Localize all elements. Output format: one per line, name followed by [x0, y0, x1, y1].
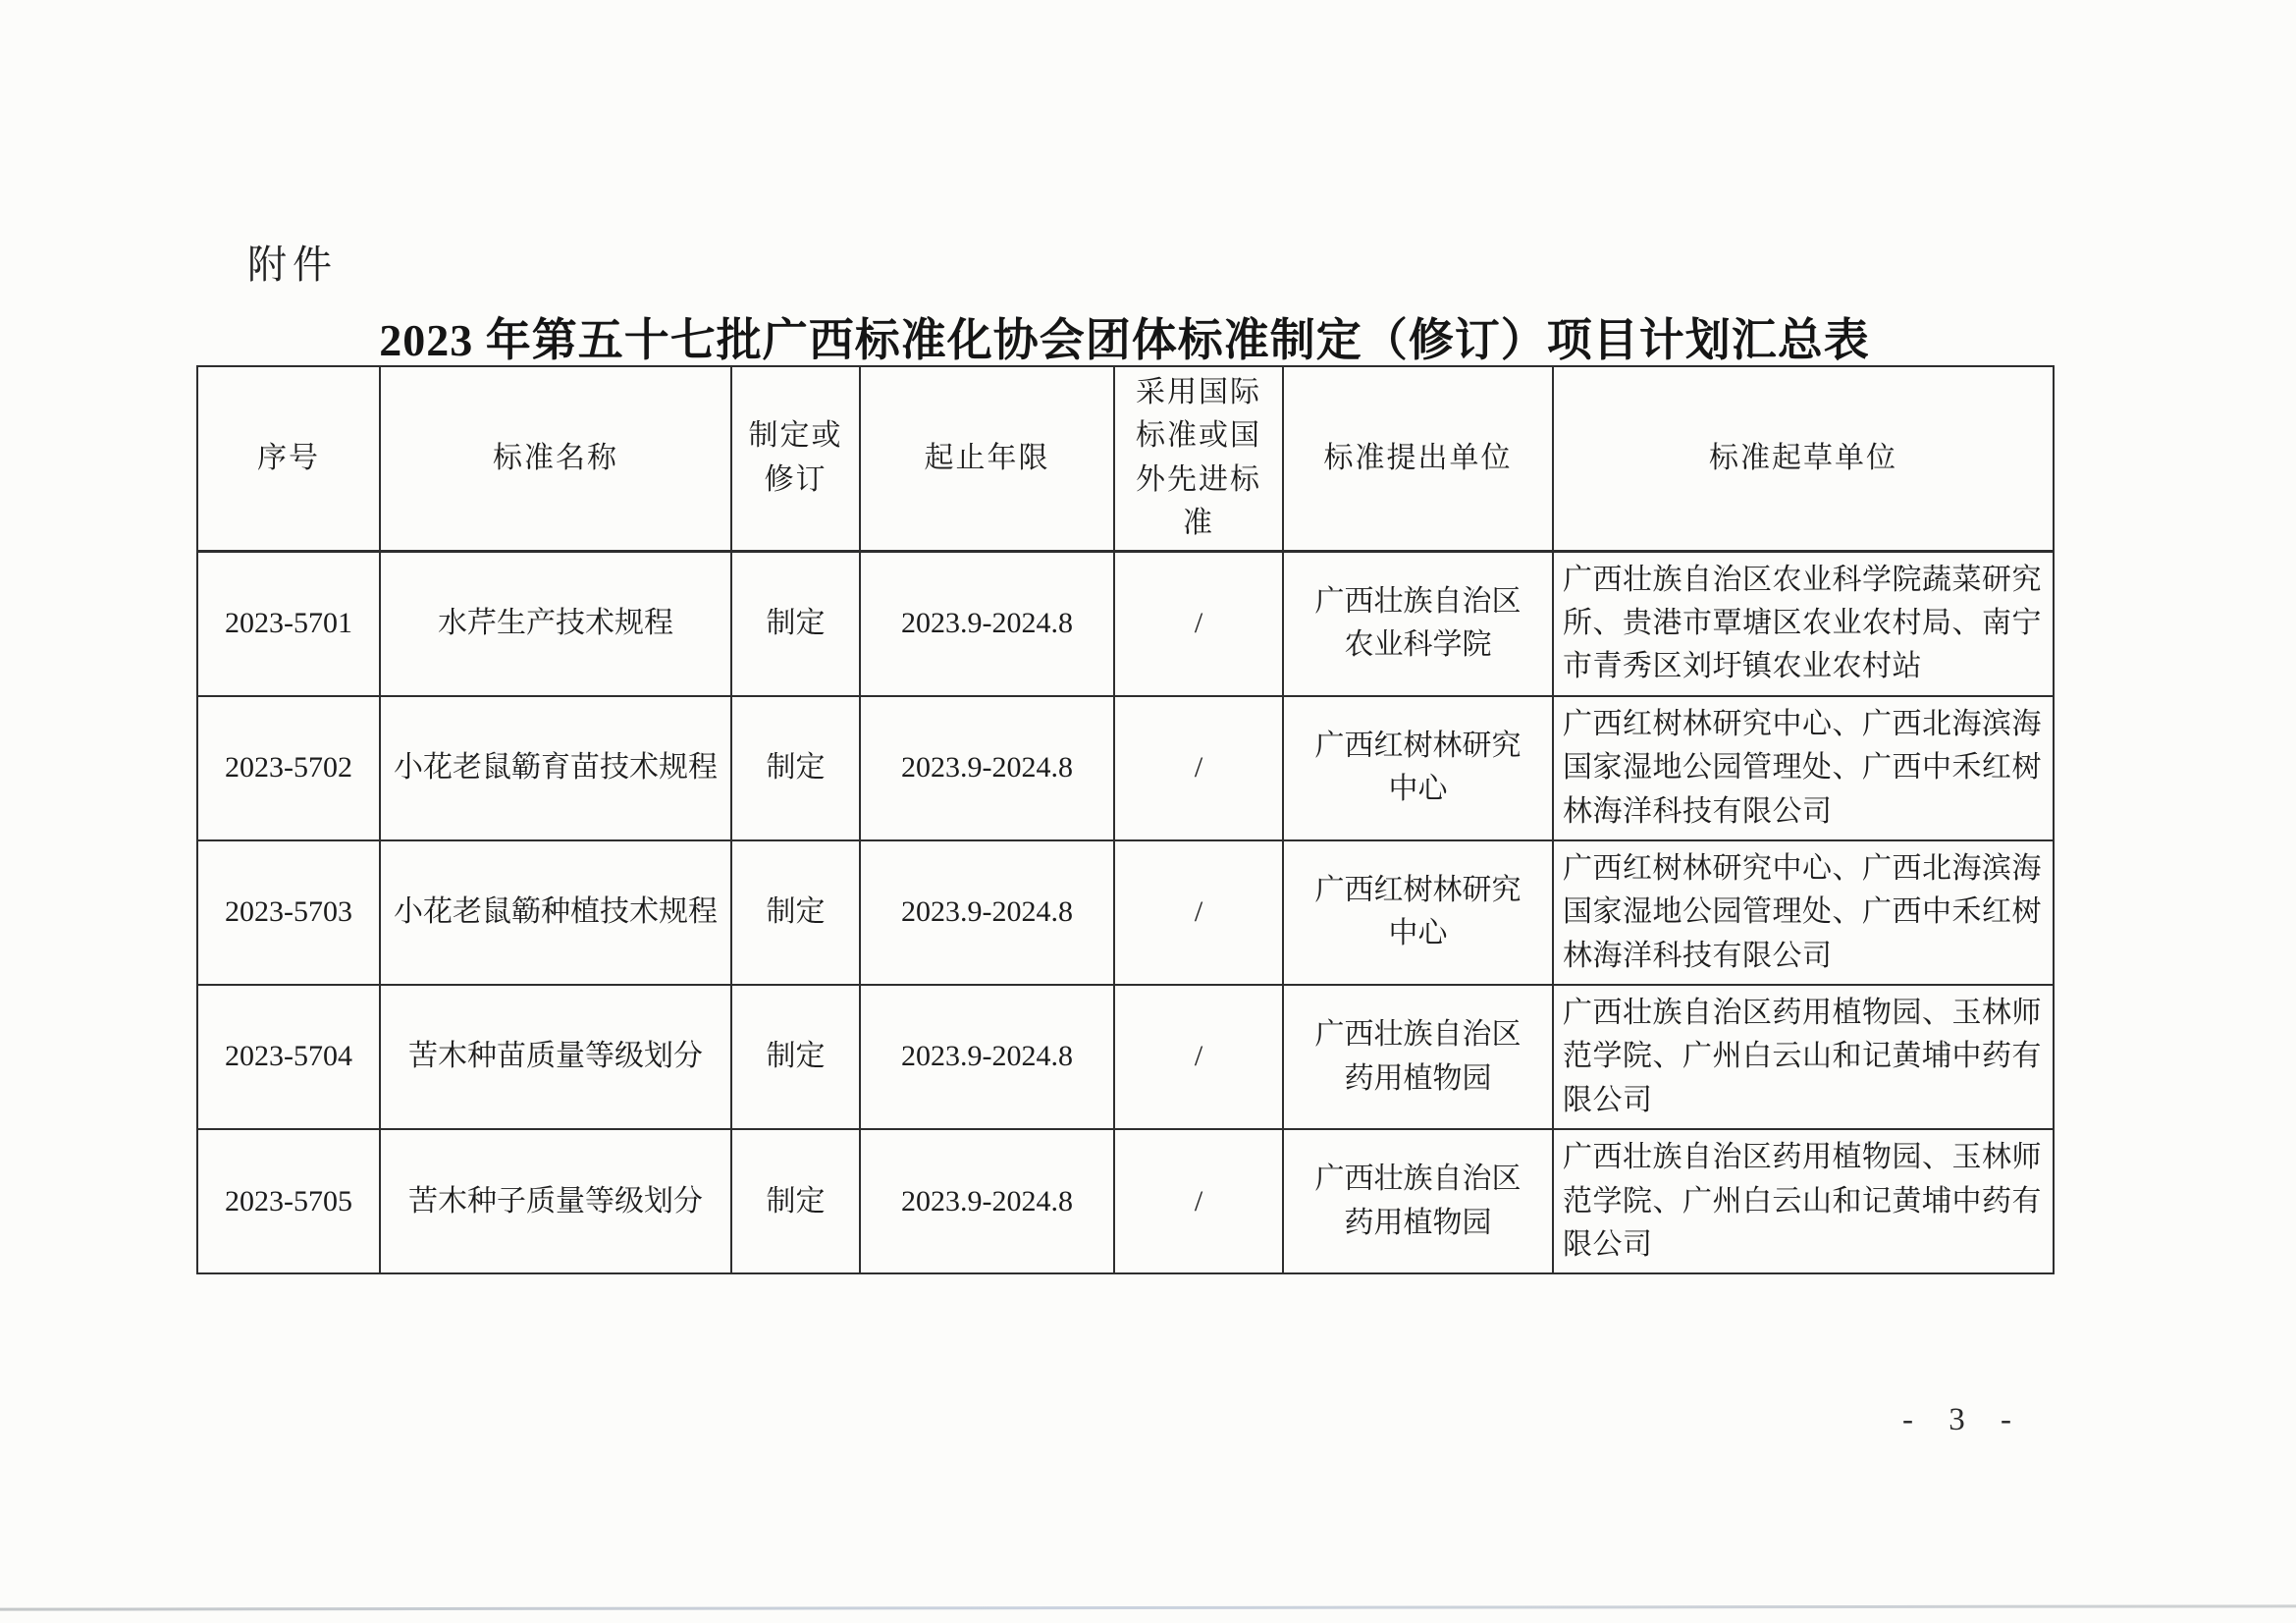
cell-standard-name: 苦木种子质量等级划分: [380, 1129, 731, 1273]
cell-proposer: 广西壮族自治区药用植物园: [1283, 985, 1553, 1129]
cell-seq: 2023-5702: [197, 696, 380, 840]
cell-intl-standard: /: [1114, 840, 1283, 985]
cell-type: 制定: [731, 1129, 860, 1273]
cell-seq: 2023-5705: [197, 1129, 380, 1273]
cell-drafters: 广西红树林研究中心、广西北海滨海国家湿地公园管理处、广西中禾红树林海洋科技有限公…: [1553, 696, 2054, 840]
cell-type: 制定: [731, 840, 860, 985]
page-number: - 3 -: [1902, 1402, 2025, 1438]
cell-standard-name: 苦木种苗质量等级划分: [380, 985, 731, 1129]
cell-intl-standard: /: [1114, 551, 1283, 696]
header-standard-name: 标准名称: [380, 366, 731, 551]
table-body: 2023-5701水芹生产技术规程制定2023.9-2024.8/广西壮族自治区…: [197, 551, 2054, 1273]
table-row: 2023-5701水芹生产技术规程制定2023.9-2024.8/广西壮族自治区…: [197, 551, 2054, 696]
header-intl-standard: 采用国际标准或国外先进标准: [1114, 366, 1283, 551]
cell-seq: 2023-5703: [197, 840, 380, 985]
header-type: 制定或修订: [731, 366, 860, 551]
table-row: 2023-5702小花老鼠簕育苗技术规程制定2023.9-2024.8/广西红树…: [197, 696, 2054, 840]
cell-intl-standard: /: [1114, 1129, 1283, 1273]
table-row: 2023-5703小花老鼠簕种植技术规程制定2023.9-2024.8/广西红树…: [197, 840, 2054, 985]
cell-standard-name: 水芹生产技术规程: [380, 551, 731, 696]
table-row: 2023-5704苦木种苗质量等级划分制定2023.9-2024.8/广西壮族自…: [197, 985, 2054, 1129]
header-drafters: 标准起草单位: [1553, 366, 2054, 551]
cell-drafters: 广西壮族自治区药用植物园、玉林师范学院、广州白云山和记黄埔中药有限公司: [1553, 1129, 2054, 1273]
cell-drafters: 广西壮族自治区农业科学院蔬菜研究所、贵港市覃塘区农业农村局、南宁市青秀区刘圩镇农…: [1553, 551, 2054, 696]
cell-period: 2023.9-2024.8: [860, 985, 1114, 1129]
scan-edge-line: [0, 1604, 2296, 1610]
cell-type: 制定: [731, 696, 860, 840]
cell-period: 2023.9-2024.8: [860, 551, 1114, 696]
cell-seq: 2023-5704: [197, 985, 380, 1129]
cell-period: 2023.9-2024.8: [860, 840, 1114, 985]
cell-seq: 2023-5701: [197, 551, 380, 696]
page-title: 2023 年第五十七批广西标准化协会团体标准制定（修订）项目计划汇总表: [196, 304, 2053, 369]
cell-type: 制定: [731, 985, 860, 1129]
scanned-document-page: 附件 2023 年第五十七批广西标准化协会团体标准制定（修订）项目计划汇总表 序…: [0, 0, 2296, 1623]
cell-type: 制定: [731, 551, 860, 696]
header-proposer: 标准提出单位: [1283, 366, 1553, 551]
table-row: 2023-5705苦木种子质量等级划分制定2023.9-2024.8/广西壮族自…: [197, 1129, 2054, 1273]
cell-standard-name: 小花老鼠簕育苗技术规程: [380, 696, 731, 840]
cell-standard-name: 小花老鼠簕种植技术规程: [380, 840, 731, 985]
standards-summary-table: 序号 标准名称 制定或修订 起止年限 采用国际标准或国外先进标准 标准提出单位 …: [196, 365, 2055, 1274]
cell-proposer: 广西红树林研究中心: [1283, 696, 1553, 840]
cell-drafters: 广西壮族自治区药用植物园、玉林师范学院、广州白云山和记黄埔中药有限公司: [1553, 985, 2054, 1129]
table-header: 序号 标准名称 制定或修订 起止年限 采用国际标准或国外先进标准 标准提出单位 …: [197, 366, 2054, 551]
cell-intl-standard: /: [1114, 985, 1283, 1129]
cell-period: 2023.9-2024.8: [860, 1129, 1114, 1273]
cell-period: 2023.9-2024.8: [860, 696, 1114, 840]
cell-proposer: 广西壮族自治区农业科学院: [1283, 551, 1553, 696]
cell-intl-standard: /: [1114, 696, 1283, 840]
attachment-label: 附件: [247, 234, 338, 290]
header-period: 起止年限: [860, 366, 1114, 551]
cell-proposer: 广西壮族自治区药用植物园: [1283, 1129, 1553, 1273]
table-header-row: 序号 标准名称 制定或修订 起止年限 采用国际标准或国外先进标准 标准提出单位 …: [197, 366, 2054, 551]
header-seq: 序号: [197, 366, 380, 551]
cell-drafters: 广西红树林研究中心、广西北海滨海国家湿地公园管理处、广西中禾红树林海洋科技有限公…: [1553, 840, 2054, 985]
cell-proposer: 广西红树林研究中心: [1283, 840, 1553, 985]
